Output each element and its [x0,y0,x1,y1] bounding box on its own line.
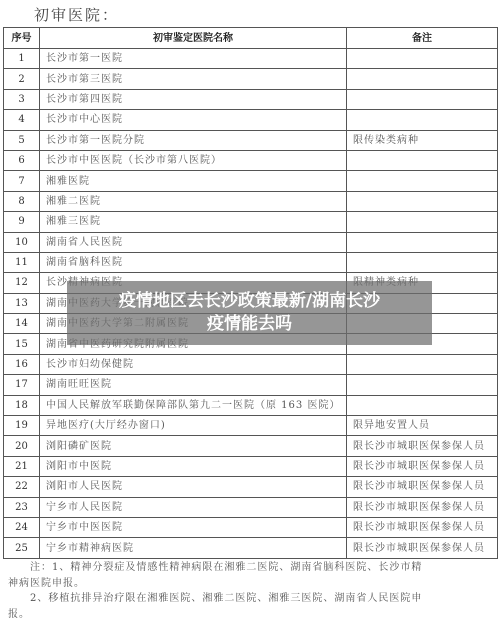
row-index-cell: 20 [4,436,40,456]
table-row: 3长沙市第四医院 [4,89,498,109]
table-row: 21浏阳市中医院限长沙市城职医保参保人员 [4,456,498,476]
row-index-cell: 9 [4,212,40,232]
note-cell [347,354,498,374]
table-row: 8湘雅二医院 [4,191,498,211]
note-cell [347,252,498,272]
table-row: 24宁乡市中医医院限长沙市城职医保参保人员 [4,517,498,537]
hospital-name-cell: 湘雅三医院 [40,212,347,232]
hospital-name-cell: 湖南省人民医院 [40,232,347,252]
note-cell [347,110,498,130]
row-index-cell: 8 [4,191,40,211]
hospital-name-cell: 长沙市第四医院 [40,89,347,109]
note-cell [347,89,498,109]
table-row: 20浏阳磷矿医院限长沙市城职医保参保人员 [4,436,498,456]
table-row: 11湖南省脑科医院 [4,252,498,272]
table-row: 9湘雅三医院 [4,212,498,232]
table-row: 18中国人民解放军联勤保障部队第九二一医院（原 163 医院） [4,395,498,415]
row-index-cell: 23 [4,497,40,517]
note-cell [347,69,498,89]
row-index-cell: 21 [4,456,40,476]
row-index-cell: 15 [4,334,40,354]
headline-line-2: 疫情能去吗 [207,313,292,336]
headline-overlay: 疫情地区去长沙政策最新/湖南长沙 疫情能去吗 [67,281,432,345]
row-index-cell: 16 [4,354,40,374]
note-cell: 限长沙市城职医保参保人员 [347,456,498,476]
row-index-cell: 22 [4,477,40,497]
hospital-name-cell: 湖南旺旺医院 [40,375,347,395]
row-index-cell: 2 [4,69,40,89]
hospital-name-cell: 湘雅二医院 [40,191,347,211]
table-row: 10湖南省人民医院 [4,232,498,252]
hospital-name-cell: 湘雅医院 [40,171,347,191]
row-index-cell: 17 [4,375,40,395]
hospital-name-cell: 长沙市中心医院 [40,110,347,130]
note-cell [347,212,498,232]
hospital-name-cell: 长沙市第一医院 [40,49,347,69]
table-row: 2长沙市第三医院 [4,69,498,89]
table-row: 5长沙市第一医院分院限传染类病种 [4,130,498,150]
note-cell: 限长沙市城职医保参保人员 [347,538,498,558]
note-cell: 限长沙市城职医保参保人员 [347,497,498,517]
table-row: 25宁乡市精神病医院限长沙市城职医保参保人员 [4,538,498,558]
table-row: 23宁乡市人民医院限长沙市城职医保参保人员 [4,497,498,517]
hospital-name-cell: 浏阳市人民医院 [40,477,347,497]
hospital-name-cell: 长沙市妇幼保健院 [40,354,347,374]
column-header-index: 序号 [4,28,40,49]
column-header-note: 备注 [347,28,498,49]
note-cell: 限长沙市城职医保参保人员 [347,436,498,456]
row-index-cell: 14 [4,314,40,334]
table-row: 1长沙市第一医院 [4,49,498,69]
row-index-cell: 11 [4,252,40,272]
row-index-cell: 18 [4,395,40,415]
hospital-name-cell: 长沙市第一医院分院 [40,130,347,150]
hospital-name-cell: 异地医疗(大厅经办窗口) [40,416,347,436]
table-row: 16长沙市妇幼保健院 [4,354,498,374]
row-index-cell: 12 [4,273,40,293]
hospital-name-cell: 中国人民解放军联勤保障部队第九二一医院（原 163 医院） [40,395,347,415]
row-index-cell: 5 [4,130,40,150]
hospital-name-cell: 宁乡市人民医院 [40,497,347,517]
note-cell [347,375,498,395]
row-index-cell: 6 [4,150,40,170]
note-cell: 限异地安置人员 [347,416,498,436]
row-index-cell: 4 [4,110,40,130]
footnote-2: 2、移植抗排异治疗限在湘雅医院、湘雅二医院、湘雅三医院、湖南省人民医院申报。 [8,591,428,622]
table-row: 6长沙市中医医院（长沙市第八医院） [4,150,498,170]
table-row: 7湘雅医院 [4,171,498,191]
row-index-cell: 25 [4,538,40,558]
row-index-cell: 24 [4,517,40,537]
note-cell [347,232,498,252]
note-cell [347,49,498,69]
hospital-name-cell: 宁乡市中医医院 [40,517,347,537]
note-cell: 限传染类病种 [347,130,498,150]
hospital-name-cell: 湖南省脑科医院 [40,252,347,272]
hospital-name-cell: 浏阳市中医院 [40,456,347,476]
note-cell [347,171,498,191]
headline-line-1: 疫情地区去长沙政策最新/湖南长沙 [119,290,380,313]
table-row: 22浏阳市人民医院限长沙市城职医保参保人员 [4,477,498,497]
row-index-cell: 19 [4,416,40,436]
hospital-name-cell: 浏阳磷矿医院 [40,436,347,456]
row-index-cell: 13 [4,293,40,313]
table-row: 4长沙市中心医院 [4,110,498,130]
hospital-name-cell: 宁乡市精神病医院 [40,538,347,558]
footnotes: 注：1、精神分裂症及情感性精神病限在湘雅二医院、湖南省脑科医院、长沙市精神病医院… [8,560,428,622]
row-index-cell: 1 [4,49,40,69]
row-index-cell: 10 [4,232,40,252]
hospital-name-cell: 长沙市中医医院（长沙市第八医院） [40,150,347,170]
document-title: 初审医院： [34,4,119,25]
footnote-1: 注：1、精神分裂症及情感性精神病限在湘雅二医院、湖南省脑科医院、长沙市精神病医院… [8,560,428,591]
row-index-cell: 3 [4,89,40,109]
column-header-name: 初审鉴定医院名称 [40,28,347,49]
note-cell: 限长沙市城职医保参保人员 [347,477,498,497]
hospital-name-cell: 长沙市第三医院 [40,69,347,89]
table-row: 17湖南旺旺医院 [4,375,498,395]
table-header-row: 序号 初审鉴定医院名称 备注 [4,28,498,49]
note-cell [347,395,498,415]
table-row: 19异地医疗(大厅经办窗口)限异地安置人员 [4,416,498,436]
note-cell: 限长沙市城职医保参保人员 [347,517,498,537]
note-cell [347,150,498,170]
note-cell [347,191,498,211]
row-index-cell: 7 [4,171,40,191]
